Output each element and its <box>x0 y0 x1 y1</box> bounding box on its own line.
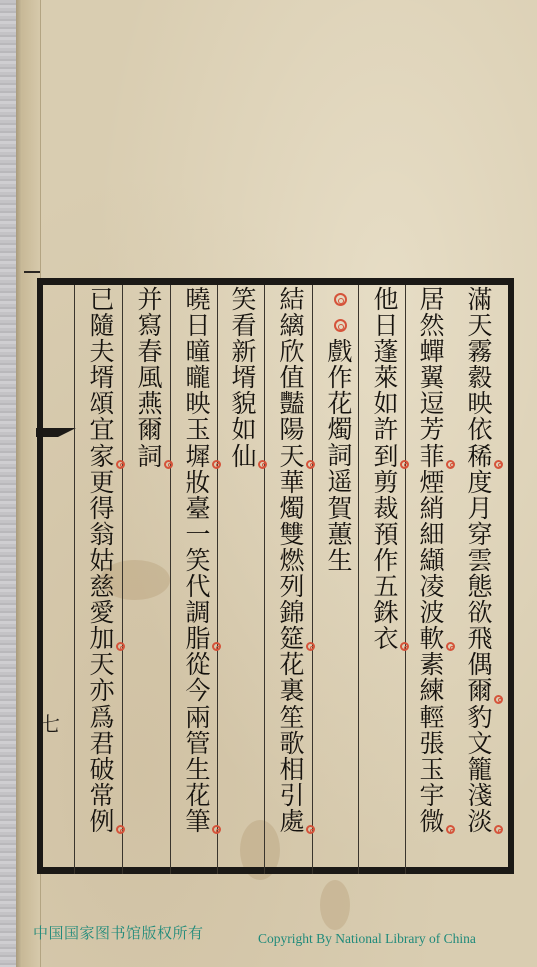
character: 墀 <box>181 444 215 470</box>
character: 預 <box>369 522 403 548</box>
character: 曉 <box>181 287 215 313</box>
punctuation-circle-icon <box>446 460 455 469</box>
character: 爾 <box>133 417 167 443</box>
character: 管 <box>181 731 215 757</box>
character: 笙 <box>275 705 309 731</box>
character: 慈 <box>85 574 119 600</box>
character: 夫 <box>85 339 119 365</box>
punctuation-circle-icon <box>494 460 503 469</box>
character: 許 <box>369 417 403 443</box>
character: 素 <box>415 652 449 678</box>
character: 作 <box>369 548 403 574</box>
character: 芳 <box>415 417 449 443</box>
character: 處 <box>275 809 309 835</box>
character: 今 <box>181 678 215 704</box>
character: 錦 <box>275 600 309 626</box>
character: 度 <box>463 470 497 496</box>
character: 輕 <box>415 705 449 731</box>
character: 逗 <box>415 391 449 417</box>
character: 煙 <box>415 470 449 496</box>
character: 貌 <box>227 391 261 417</box>
character: 態 <box>463 574 497 600</box>
character: 壻 <box>85 365 119 391</box>
character: 張 <box>415 731 449 757</box>
character: 寫 <box>133 313 167 339</box>
character: 淺 <box>463 783 497 809</box>
character: 更 <box>85 470 119 496</box>
character: 宜 <box>85 417 119 443</box>
character: 纈 <box>415 548 449 574</box>
character: 燃 <box>275 548 309 574</box>
character: 遥 <box>323 469 357 495</box>
text-column-4: 戲作花燭詞遥賀蕙生 <box>318 287 362 877</box>
punctuation-circle-icon <box>164 460 173 469</box>
character: 籠 <box>463 757 497 783</box>
character: 例 <box>85 809 119 835</box>
text-column-9: 已隨夫壻頌宜家更得翁姑慈愛加天亦爲君破常例 <box>80 287 124 877</box>
punctuation-circle-icon <box>306 460 315 469</box>
character: 衣 <box>369 626 403 652</box>
character: 爾 <box>463 678 497 704</box>
character: 仙 <box>227 444 261 470</box>
character: 一 <box>181 522 215 548</box>
character: 縠 <box>463 365 497 391</box>
character: 爲 <box>85 705 119 731</box>
character: 脂 <box>181 626 215 652</box>
character: 玉 <box>415 757 449 783</box>
character: 蟬 <box>415 339 449 365</box>
character: 細 <box>415 522 449 548</box>
character: 燭 <box>323 417 357 443</box>
character: 月 <box>463 496 497 522</box>
character: 列 <box>275 574 309 600</box>
character: 蓬 <box>369 339 403 365</box>
punctuation-circle-icon <box>494 695 503 704</box>
character: 家 <box>85 444 119 470</box>
text-column-3: 他日蓬萊如許到剪裁預作五銖衣 <box>364 287 408 877</box>
character: 欲 <box>463 600 497 626</box>
character: 裁 <box>369 496 403 522</box>
character: 如 <box>227 417 261 443</box>
fold-top-mark <box>24 261 40 273</box>
character: 調 <box>181 600 215 626</box>
character: 滿 <box>463 287 497 313</box>
character: 戲 <box>323 339 357 365</box>
character: 歌 <box>275 731 309 757</box>
circle-mark-icon <box>334 319 347 332</box>
character: 風 <box>133 365 167 391</box>
character: 天 <box>463 313 497 339</box>
punctuation-circle-icon <box>116 460 125 469</box>
character: 霧 <box>463 339 497 365</box>
character: 結 <box>275 287 309 313</box>
character: 從 <box>181 652 215 678</box>
character: 然 <box>415 313 449 339</box>
character: 看 <box>227 313 261 339</box>
character: 飛 <box>463 626 497 652</box>
character: 兩 <box>181 705 215 731</box>
character: 花 <box>275 652 309 678</box>
text-column-5: 結縭欣值豔陽天華燭雙燃列錦筵花裏笙歌相引處 <box>270 287 314 877</box>
text-column-1: 滿天霧縠映依稀度月穿雲態欲飛偶爾豹文籠淺淡 <box>458 287 502 877</box>
punctuation-circle-icon <box>400 460 409 469</box>
character: 代 <box>181 574 215 600</box>
character: 壻 <box>227 365 261 391</box>
character: 映 <box>463 391 497 417</box>
character: 波 <box>415 600 449 626</box>
character: 裏 <box>275 678 309 704</box>
character: 日 <box>181 313 215 339</box>
character: 宇 <box>415 783 449 809</box>
character: 花 <box>181 783 215 809</box>
character: 天 <box>275 444 309 470</box>
character: 作 <box>323 365 357 391</box>
character: 萊 <box>369 365 403 391</box>
character: 翼 <box>415 365 449 391</box>
character: 豹 <box>463 705 497 731</box>
character: 隨 <box>85 313 119 339</box>
character: 陽 <box>275 417 309 443</box>
character: 常 <box>85 783 119 809</box>
character: 得 <box>85 496 119 522</box>
character: 菲 <box>415 444 449 470</box>
character: 曨 <box>181 365 215 391</box>
character: 淡 <box>463 809 497 835</box>
character: 并 <box>133 287 167 313</box>
character: 軟 <box>415 626 449 652</box>
punctuation-circle-icon <box>258 460 267 469</box>
character: 值 <box>275 365 309 391</box>
character: 筆 <box>181 809 215 835</box>
character: 相 <box>275 757 309 783</box>
character: 妝 <box>181 470 215 496</box>
character: 欣 <box>275 339 309 365</box>
character: 練 <box>415 678 449 704</box>
character: 引 <box>275 783 309 809</box>
character: 詞 <box>133 444 167 470</box>
character: 燭 <box>275 496 309 522</box>
column-rule <box>74 285 75 874</box>
character: 笑 <box>227 287 261 313</box>
watermark-english: Copyright By National Library of China <box>258 931 476 947</box>
character: 日 <box>369 313 403 339</box>
character: 姑 <box>85 548 119 574</box>
circle-mark-icon <box>334 293 347 306</box>
character: 文 <box>463 731 497 757</box>
character: 蕙 <box>323 522 357 548</box>
character: 綃 <box>415 496 449 522</box>
character: 凌 <box>415 574 449 600</box>
punctuation-circle-icon <box>212 460 221 469</box>
character: 玉 <box>181 417 215 443</box>
character: 偶 <box>463 652 497 678</box>
character: 春 <box>133 339 167 365</box>
character: 亦 <box>85 678 119 704</box>
character: 曈 <box>181 339 215 365</box>
character: 剪 <box>369 470 403 496</box>
character: 稀 <box>463 444 497 470</box>
character: 他 <box>369 287 403 313</box>
character: 臺 <box>181 496 215 522</box>
character: 燕 <box>133 391 167 417</box>
text-column-7: 曉日曈曨映玉墀妝臺一笑代調脂從今兩管生花筆 <box>176 287 220 877</box>
character: 五 <box>369 574 403 600</box>
character: 筵 <box>275 626 309 652</box>
character: 愛 <box>85 600 119 626</box>
text-column-2: 居然蟬翼逗芳菲煙綃細纈凌波軟素練輕張玉宇微 <box>410 287 454 877</box>
character: 雲 <box>463 548 497 574</box>
character: 雙 <box>275 522 309 548</box>
character: 生 <box>323 548 357 574</box>
watermark-chinese: 中国国家图书馆版权所有 <box>33 922 204 943</box>
character: 銖 <box>369 600 403 626</box>
character: 依 <box>463 417 497 443</box>
character: 加 <box>85 626 119 652</box>
character: 生 <box>181 757 215 783</box>
text-column-6: 笑看新壻貌如仙 <box>222 287 266 877</box>
character: 華 <box>275 470 309 496</box>
character: 映 <box>181 391 215 417</box>
character: 翁 <box>85 522 119 548</box>
character: 笑 <box>181 548 215 574</box>
character: 已 <box>85 287 119 313</box>
character: 居 <box>415 287 449 313</box>
character: 如 <box>369 391 403 417</box>
character: 微 <box>415 809 449 835</box>
character: 天 <box>85 652 119 678</box>
text-column-8: 并寫春風燕爾詞 <box>128 287 172 877</box>
character: 花 <box>323 391 357 417</box>
character: 詞 <box>323 443 357 469</box>
character: 到 <box>369 444 403 470</box>
character: 穿 <box>463 522 497 548</box>
character: 君 <box>85 731 119 757</box>
character: 破 <box>85 757 119 783</box>
character: 新 <box>227 339 261 365</box>
character: 頌 <box>85 391 119 417</box>
character: 縭 <box>275 313 309 339</box>
character: 賀 <box>323 496 357 522</box>
character: 豔 <box>275 391 309 417</box>
